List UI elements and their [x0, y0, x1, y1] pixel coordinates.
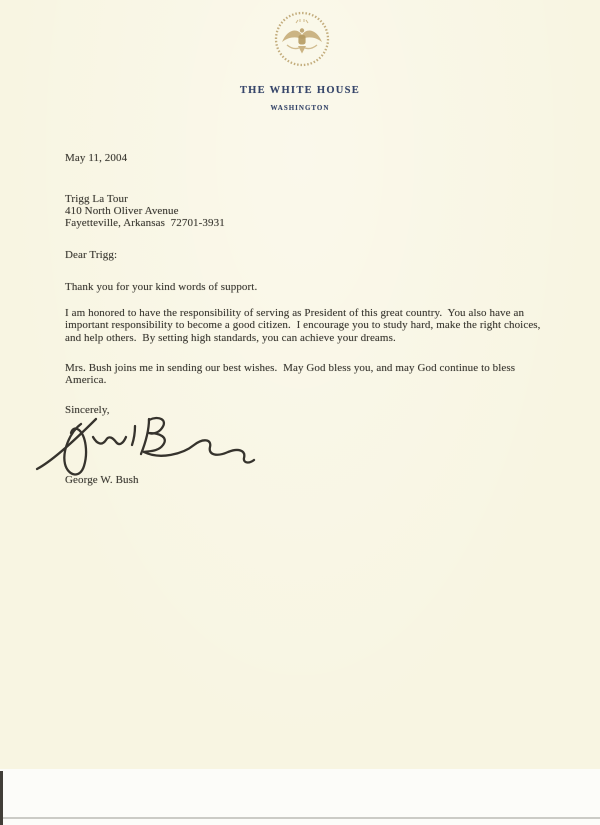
recipient-street: 410 North Oliver Avenue [65, 205, 179, 217]
scanner-edge-mark [0, 771, 3, 825]
scanner-bottom-line [0, 817, 600, 819]
salutation: Dear Trigg: [65, 249, 117, 261]
recipient-city-state-zip: Fayetteville, Arkansas 72701-3931 [65, 217, 225, 229]
recipient-name: Trigg La Tour [65, 193, 128, 205]
letterhead-location: WASHINGTON [0, 104, 600, 112]
date-line: May 11, 2004 [65, 152, 127, 164]
body-paragraph-1: Thank you for your kind words of support… [65, 281, 547, 293]
scanned-letter: THE WHITE HOUSE WASHINGTON May 11, 2004 … [0, 0, 600, 825]
presidential-seal-icon [274, 11, 330, 67]
body-paragraph-2: I am honored to have the responsibility … [65, 307, 547, 344]
letterhead-organization: THE WHITE HOUSE [0, 85, 600, 96]
signed-name: George W. Bush [65, 474, 139, 486]
body-paragraph-3: Mrs. Bush joins me in sending our best w… [65, 362, 547, 387]
